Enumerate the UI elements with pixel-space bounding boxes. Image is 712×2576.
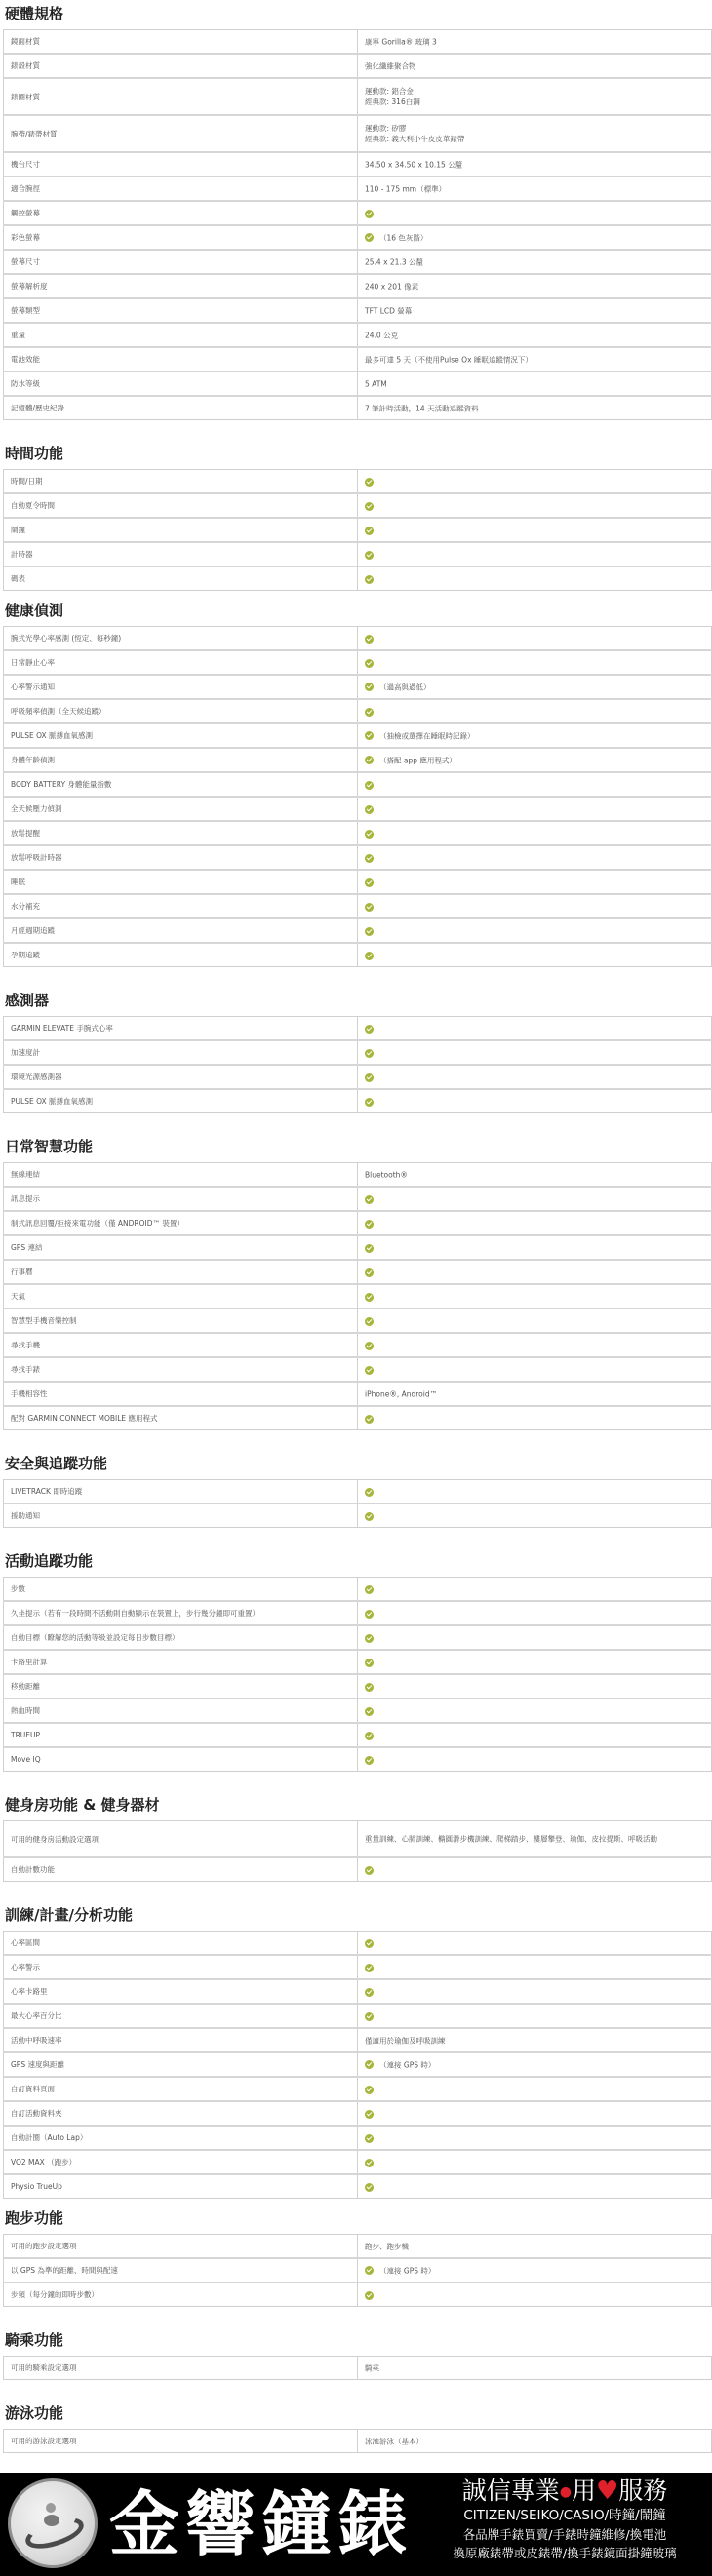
section-title: 游泳功能 [3, 2400, 710, 2429]
spec-label: 腕式光學心率感測 (恆定、每秒鐘) [4, 627, 358, 651]
table-row: 水分補充 [4, 894, 712, 918]
check-icon [365, 1732, 374, 1740]
table-row: PULSE OX 脈搏血氧感測 [4, 1089, 712, 1113]
check-icon [365, 1756, 374, 1765]
spec-value: 運動款: 矽膠經典款: 義大利小牛皮皮革錶帶 [358, 115, 712, 152]
service-line-brands: CITIZEN/SEIKO/CASIO/時鐘/鬧鐘 [423, 2507, 706, 2525]
check-icon [365, 1964, 374, 1972]
table-row: 行事曆 [4, 1260, 712, 1284]
spec-value-line: 經典款: 義大利小牛皮皮革錶帶 [365, 134, 704, 144]
spec-label: 身體年齡偵測 [4, 748, 358, 772]
table-row: Move IQ [4, 1747, 712, 1772]
heart-icon: ♥ [596, 2477, 618, 2506]
table-row: TRUEUP [4, 1723, 712, 1747]
spec-value [358, 1065, 712, 1089]
spec-label: 熱血時間 [4, 1698, 358, 1723]
spec-value: 強化纖維聚合物 [358, 54, 712, 78]
section-title: 感測器 [3, 987, 710, 1016]
spec-value: 240 x 201 像素 [358, 274, 712, 298]
spec-value-text: 強化纖維聚合物 [365, 61, 416, 70]
spec-label: GARMIN ELEVATE 手腕式心率 [4, 1017, 358, 1041]
spec-value-text: 7 筆計時活動，14 天活動追蹤資料 [365, 404, 479, 412]
table-row: BODY BATTERY 身體能量指數 [4, 772, 712, 797]
table-row: 可用的跑步設定選項跑步、跑步機 [4, 2235, 712, 2259]
spec-value [358, 1578, 712, 1602]
spec-label: 機台尺寸 [4, 152, 358, 176]
check-icon [365, 952, 374, 960]
check-icon [365, 854, 374, 863]
slogan-headline: 誠信專業●用♥服務 [423, 2477, 706, 2507]
spec-label: 鏡面材質 [4, 30, 358, 55]
spec-section: 訓練/計畫/分析功能心率區間心率警示心率卡路里最大心率百分比活動中呼吸速率僅適用… [0, 1901, 712, 2199]
spec-label: 智慧型手機音樂控制 [4, 1308, 358, 1333]
spec-value-line: 運動款: 鋁合金 [365, 86, 704, 97]
spec-label: 以 GPS 為準的距離、時間與配速 [4, 2258, 358, 2283]
spec-label: 重量 [4, 323, 358, 347]
check-icon [365, 2266, 374, 2275]
check-icon [365, 1293, 374, 1302]
table-row: 彩色螢幕（16 色灰階） [4, 225, 712, 250]
spec-value [358, 1406, 712, 1430]
spec-value [358, 2101, 712, 2126]
check-icon [365, 1025, 374, 1034]
spec-value [358, 1308, 712, 1333]
spec-value [358, 566, 712, 591]
spec-value-text: 5 ATM [365, 379, 387, 388]
check-icon [365, 1195, 374, 1204]
section-title: 時間功能 [3, 440, 710, 469]
check-icon [365, 2291, 374, 2300]
check-icon [365, 502, 374, 511]
spec-value [358, 1480, 712, 1504]
spec-section: 健身房功能 & 健身器材可用的健身房活動設定選項重量訓練、心肺訓練、橢圓滑步機訓… [0, 1791, 712, 1882]
table-row: 無線連結Bluetooth® [4, 1163, 712, 1188]
check-icon [365, 1342, 374, 1350]
spec-value [358, 2283, 712, 2307]
check-icon [365, 830, 374, 839]
spec-label: 自訂資料頁面 [4, 2077, 358, 2101]
spec-value: 騎乘 [358, 2357, 712, 2380]
spec-value: （搭配 app 應用程式） [358, 748, 712, 772]
spec-section: 活動追蹤功能步數久坐提示（若有一段時間不活動則自動顯示在裝置上，步行幾分鐘即可重… [0, 1547, 712, 1772]
spec-value-text: 240 x 201 像素 [365, 282, 418, 291]
spec-label: 鬧鐘 [4, 518, 358, 542]
check-icon [365, 1610, 374, 1619]
spec-label: 螢幕解析度 [4, 274, 358, 298]
check-icon [365, 2086, 374, 2094]
table-row: 螢幕解析度240 x 201 像素 [4, 274, 712, 298]
spec-label: 援助通知 [4, 1503, 358, 1528]
check-icon [365, 1073, 374, 1082]
spec-label: GPS 連結 [4, 1235, 358, 1260]
check-icon [365, 659, 374, 668]
spec-label: 無線連結 [4, 1163, 358, 1188]
spec-section: 安全與追蹤功能LIVETRACK 即時追蹤援助通知 [0, 1450, 712, 1528]
table-row: 自動夏令時間 [4, 493, 712, 518]
check-icon [365, 1988, 374, 1997]
spec-label: 觸控螢幕 [4, 201, 358, 225]
table-row: 錶殼材質強化纖維聚合物 [4, 54, 712, 78]
check-icon [365, 1683, 374, 1692]
table-row: 日常靜止心率 [4, 650, 712, 675]
spec-value [358, 1357, 712, 1382]
check-icon [365, 2012, 374, 2021]
table-row: 月經週期追蹤 [4, 918, 712, 943]
spec-value [358, 1932, 712, 1956]
spec-value: 僅適用於瑜伽及呼吸訓練 [358, 2028, 712, 2052]
spec-value: iPhone®, Android™ [358, 1382, 712, 1406]
table-row: 配對 GARMIN CONNECT MOBILE 應用程式 [4, 1406, 712, 1430]
check-icon [365, 708, 374, 717]
spec-value [358, 845, 712, 870]
check-icon [365, 210, 374, 218]
spec-section: 感測器GARMIN ELEVATE 手腕式心率加速度計環境光源感測器PULSE … [0, 987, 712, 1113]
section-title: 安全與追蹤功能 [3, 1450, 710, 1479]
spec-section: 游泳功能可用的游泳設定選項泳池游泳（基本） [0, 2400, 712, 2453]
table-row: 螢幕尺寸25.4 x 21.3 公釐 [4, 250, 712, 274]
table-row: 防水等級5 ATM [4, 371, 712, 396]
store-logo-icon [8, 2478, 98, 2568]
spec-value [358, 1235, 712, 1260]
spec-label: 放鬆呼吸計時器 [4, 845, 358, 870]
spec-value [358, 1333, 712, 1357]
check-icon [365, 1866, 374, 1875]
check-icon [365, 1634, 374, 1643]
store-banner: 金響鐘錶 誠信專業●用♥服務 CITIZEN/SEIKO/CASIO/時鐘/鬧鐘… [0, 2473, 712, 2576]
spec-value: （連接 GPS 時） [358, 2258, 712, 2283]
table-row: 熱血時間 [4, 1698, 712, 1723]
table-row: 尋找手機 [4, 1333, 712, 1357]
spec-label: 適合腕徑 [4, 176, 358, 201]
table-row: 可用的騎乘設定選項騎乘 [4, 2357, 712, 2380]
spec-label: 電池效能 [4, 347, 358, 371]
spec-value [358, 870, 712, 894]
check-icon [365, 805, 374, 814]
table-row: 環境光源感測器 [4, 1065, 712, 1089]
table-row: 自動計圈（Auto Lap） [4, 2126, 712, 2150]
table-row: 卡路里計算 [4, 1650, 712, 1674]
spec-value [358, 1260, 712, 1284]
table-row: 訊息提示 [4, 1187, 712, 1211]
table-row: 身體年齡偵測（搭配 app 應用程式） [4, 748, 712, 772]
check-icon [365, 1939, 374, 1948]
spec-section: 日常智慧功能無線連結Bluetooth®訊息提示制式訊息回覆/拒接來電功能（僅 … [0, 1133, 712, 1430]
spec-value-text: 重量訓練、心肺訓練、橢圓滑步機訓練、爬梯踏步、樓層攀登、瑜伽、皮拉提斯、呼吸活動 [365, 1835, 657, 1844]
check-icon [365, 575, 374, 584]
check-icon [365, 1512, 374, 1521]
section-title: 訓練/計畫/分析功能 [3, 1901, 710, 1931]
table-row: PULSE OX 脈搏血氧感測（抽檢或選擇在睡眠時記錄） [4, 723, 712, 748]
spec-value [358, 2004, 712, 2028]
spec-value: （過高與過低） [358, 675, 712, 699]
table-row: 以 GPS 為準的距離、時間與配速（連接 GPS 時） [4, 2258, 712, 2283]
spec-label: 水分補充 [4, 894, 358, 918]
spec-label: 碼表 [4, 566, 358, 591]
spec-value-text: 騎乘 [365, 2363, 379, 2372]
table-row: 機台尺寸34.50 x 34.50 x 10.15 公釐 [4, 152, 712, 176]
spec-label: 錶圈材質 [4, 78, 358, 115]
spec-value [358, 201, 712, 225]
spec-label: Move IQ [4, 1747, 358, 1772]
spec-value: 最多可達 5 天（不使用Pulse Ox 睡眠追蹤情況下） [358, 347, 712, 371]
store-slogan: 誠信專業●用♥服務 CITIZEN/SEIKO/CASIO/時鐘/鬧鐘 各品牌手… [423, 2477, 706, 2562]
check-icon [365, 2110, 374, 2119]
check-icon [365, 683, 374, 691]
red-dot-icon: ● [560, 2484, 572, 2500]
spec-value [358, 2150, 712, 2174]
spec-value: （抽檢或選擇在睡眠時記錄） [358, 723, 712, 748]
spec-value-text: （抽檢或選擇在睡眠時記錄） [379, 731, 475, 740]
spec-label: 自動計圈（Auto Lap） [4, 2126, 358, 2150]
spec-value [358, 918, 712, 943]
table-row: 碼表 [4, 566, 712, 591]
table-row: 適合腕徑110 - 175 mm（標準） [4, 176, 712, 201]
table-row: 自訂活動資料夾 [4, 2101, 712, 2126]
spec-value [358, 943, 712, 967]
table-row: 援助通知 [4, 1503, 712, 1528]
spec-label: 放鬆提醒 [4, 821, 358, 845]
spec-value: 運動款: 鋁合金經典款: 316白鋼 [358, 78, 712, 115]
table-row: 加速度計 [4, 1040, 712, 1065]
spec-value-text: 34.50 x 34.50 x 10.15 公釐 [365, 160, 462, 169]
spec-table: 可用的騎乘設定選項騎乘 [3, 2356, 712, 2380]
slogan-text-3: 服務 [618, 2477, 667, 2505]
spec-label: 自動夏令時間 [4, 493, 358, 518]
spec-value [358, 772, 712, 797]
spec-table: 可用的健身房活動設定選項重量訓練、心肺訓練、橢圓滑步機訓練、爬梯踏步、樓層攀登、… [3, 1820, 712, 1882]
check-icon [365, 1049, 374, 1058]
spec-label: VO2 MAX （跑步） [4, 2150, 358, 2174]
check-icon [365, 635, 374, 644]
spec-label: 行事曆 [4, 1260, 358, 1284]
table-row: 呼吸頻率偵測（全天候追蹤） [4, 699, 712, 723]
check-icon [365, 2159, 374, 2167]
spec-value [358, 1040, 712, 1065]
spec-value [358, 699, 712, 723]
spec-value [358, 1747, 712, 1772]
check-icon [365, 878, 374, 887]
section-title: 健康偵測 [3, 597, 710, 626]
spec-label: 腕帶/錶帶材質 [4, 115, 358, 152]
spec-label: 制式訊息回覆/拒接來電功能（僅 ANDROID™ 裝置） [4, 1211, 358, 1235]
spec-table: 心率區間心率警示心率卡路里最大心率百分比活動中呼吸速率僅適用於瑜伽及呼吸訓練GP… [3, 1931, 712, 2199]
table-row: GPS 連結 [4, 1235, 712, 1260]
spec-label: 自訂活動資料夾 [4, 2101, 358, 2126]
spec-label: 配對 GARMIN CONNECT MOBILE 應用程式 [4, 1406, 358, 1430]
table-row: 天氣 [4, 1284, 712, 1308]
spec-label: 全天候壓力偵測 [4, 797, 358, 821]
table-row: 活動中呼吸速率僅適用於瑜伽及呼吸訓練 [4, 2028, 712, 2052]
table-row: 孕期追蹤 [4, 943, 712, 967]
table-row: VO2 MAX （跑步） [4, 2150, 712, 2174]
check-icon [365, 551, 374, 560]
spec-label: 防水等級 [4, 371, 358, 396]
spec-value [358, 1857, 712, 1882]
table-row: 腕式光學心率感測 (恆定、每秒鐘) [4, 627, 712, 651]
spec-label: 心率警示 [4, 1955, 358, 1979]
spec-value-text: 僅適用於瑜伽及呼吸訓練 [365, 2036, 446, 2045]
spec-value: 康寧 Gorilla® 玻璃 3 [358, 30, 712, 55]
spec-section: 跑步功能可用的跑步設定選項跑步、跑步機以 GPS 為準的距離、時間與配速（連接 … [0, 2205, 712, 2307]
spec-value [358, 1187, 712, 1211]
spec-label: 自動計數功能 [4, 1857, 358, 1882]
section-title: 跑步功能 [3, 2205, 710, 2234]
spec-value [358, 650, 712, 675]
section-title: 健身房功能 & 健身器材 [3, 1791, 710, 1820]
spec-value: （連接 GPS 時） [358, 2052, 712, 2077]
spec-value [358, 627, 712, 651]
check-icon [365, 1659, 374, 1667]
spec-value-text: （搭配 app 應用程式） [379, 756, 456, 764]
spec-value-text: 110 - 175 mm（標準） [365, 184, 446, 193]
table-row: 觸控螢幕 [4, 201, 712, 225]
spec-value-text: 泳池游泳（基本） [365, 2437, 423, 2445]
slogan-text-2: 用 [572, 2477, 596, 2505]
spec-value: 24.0 公克 [358, 323, 712, 347]
table-row: 鬧鐘 [4, 518, 712, 542]
table-row: 可用的健身房活動設定選項重量訓練、心肺訓練、橢圓滑步機訓練、爬梯踏步、樓層攀登、… [4, 1821, 712, 1858]
table-row: 可用的游泳設定選項泳池游泳（基本） [4, 2430, 712, 2453]
spec-label: 心率警示通知 [4, 675, 358, 699]
spec-table: 腕式光學心率感測 (恆定、每秒鐘)日常靜止心率心率警示通知（過高與過低）呼吸頻率… [3, 626, 712, 967]
spec-label: GPS 速度與距離 [4, 2052, 358, 2077]
spec-label: 錶殼材質 [4, 54, 358, 78]
table-row: 手機相容性iPhone®, Android™ [4, 1382, 712, 1406]
spec-label: 天氣 [4, 1284, 358, 1308]
table-row: 全天候壓力偵測 [4, 797, 712, 821]
spec-value [358, 1698, 712, 1723]
spec-label: TRUEUP [4, 1723, 358, 1747]
table-row: 螢幕類型TFT LCD 螢幕 [4, 298, 712, 323]
spec-value-text: 跑步、跑步機 [365, 2242, 409, 2250]
spec-value [358, 518, 712, 542]
spec-label: 可用的騎乘設定選項 [4, 2357, 358, 2380]
table-row: 睡眠 [4, 870, 712, 894]
check-icon [365, 1098, 374, 1107]
spec-label: 久坐提示（若有一段時間不活動則自動顯示在裝置上，步行幾分鐘即可重置） [4, 1601, 358, 1625]
spec-label: 活動中呼吸速率 [4, 2028, 358, 2052]
spec-value-text: iPhone®, Android™ [365, 1389, 437, 1398]
table-row: 制式訊息回覆/拒接來電功能（僅 ANDROID™ 裝置） [4, 1211, 712, 1235]
store-name: 金響鐘錶 [109, 2480, 414, 2568]
spec-value: Bluetooth® [358, 1163, 712, 1188]
table-row: 步頻（每分鐘的即時步數） [4, 2283, 712, 2307]
spec-table: 無線連結Bluetooth®訊息提示制式訊息回覆/拒接來電功能（僅 ANDROI… [3, 1162, 712, 1430]
check-icon [365, 1317, 374, 1326]
spec-label: 訊息提示 [4, 1187, 358, 1211]
section-title: 日常智慧功能 [3, 1133, 710, 1162]
spec-label: 記憶體/歷史紀錄 [4, 396, 358, 420]
spec-label: 步頻（每分鐘的即時步數） [4, 2283, 358, 2307]
check-icon [365, 1707, 374, 1716]
spec-table: 時間/日期自動夏令時間鬧鐘計時器碼表 [3, 469, 712, 591]
spec-value: 110 - 175 mm（標準） [358, 176, 712, 201]
table-row: 放鬆呼吸計時器 [4, 845, 712, 870]
spec-label: 月經週期追蹤 [4, 918, 358, 943]
spec-label: 尋找手錶 [4, 1357, 358, 1382]
check-icon [365, 2183, 374, 2192]
table-row: 智慧型手機音樂控制 [4, 1308, 712, 1333]
table-row: 計時器 [4, 542, 712, 566]
section-title: 活動追蹤功能 [3, 1547, 710, 1577]
table-row: 記憶體/歷史紀錄7 筆計時活動，14 天活動追蹤資料 [4, 396, 712, 420]
spec-value [358, 1601, 712, 1625]
section-title: 硬體規格 [3, 0, 710, 29]
table-row: 鏡面材質康寧 Gorilla® 玻璃 3 [4, 30, 712, 55]
spec-value: 34.50 x 34.50 x 10.15 公釐 [358, 152, 712, 176]
spec-label: LIVETRACK 即時追蹤 [4, 1480, 358, 1504]
table-row: 腕帶/錶帶材質運動款: 矽膠經典款: 義大利小牛皮皮革錶帶 [4, 115, 712, 152]
spec-label: 尋找手機 [4, 1333, 358, 1357]
spec-value [358, 493, 712, 518]
spec-section: 騎乘功能可用的騎乘設定選項騎乘 [0, 2326, 712, 2380]
table-row: 電池效能最多可達 5 天（不使用Pulse Ox 睡眠追蹤情況下） [4, 347, 712, 371]
spec-label: 可用的游泳設定選項 [4, 2430, 358, 2453]
table-row: 心率警示 [4, 1955, 712, 1979]
spec-table: 鏡面材質康寧 Gorilla® 玻璃 3錶殼材質強化纖維聚合物錶圈材質運動款: … [3, 29, 712, 420]
spec-label: 自動目標（瞭解您的活動等級並設定每日步數目標） [4, 1625, 358, 1650]
check-icon [365, 1366, 374, 1375]
spec-value [358, 1625, 712, 1650]
table-row: 久坐提示（若有一段時間不活動則自動顯示在裝置上，步行幾分鐘即可重置） [4, 1601, 712, 1625]
spec-label: BODY BATTERY 身體能量指數 [4, 772, 358, 797]
section-title: 騎乘功能 [3, 2326, 710, 2356]
spec-label: 步數 [4, 1578, 358, 1602]
spec-value: 泳池游泳（基本） [358, 2430, 712, 2453]
table-row: 移動距離 [4, 1674, 712, 1698]
spec-value [358, 1650, 712, 1674]
spec-value-text: （16 色灰階） [379, 233, 427, 242]
spec-table: 步數久坐提示（若有一段時間不活動則自動顯示在裝置上，步行幾分鐘即可重置）自動目標… [3, 1577, 712, 1772]
spec-value [358, 1955, 712, 1979]
table-row: Physio TrueUp [4, 2174, 712, 2199]
table-row: 時間/日期 [4, 470, 712, 494]
spec-label: 彩色螢幕 [4, 225, 358, 250]
spec-value [358, 2174, 712, 2199]
spec-value [358, 1979, 712, 2004]
table-row: 心率警示通知（過高與過低） [4, 675, 712, 699]
spec-label: 可用的跑步設定選項 [4, 2235, 358, 2259]
table-row: 自訂資料頁面 [4, 2077, 712, 2101]
table-row: 錶圈材質運動款: 鋁合金經典款: 316白鋼 [4, 78, 712, 115]
spec-value-line: 運動款: 矽膠 [365, 123, 704, 134]
spec-value-text: （連接 GPS 時） [379, 2266, 435, 2275]
spec-value-text: 康寧 Gorilla® 玻璃 3 [365, 37, 437, 46]
spec-label: 心率區間 [4, 1932, 358, 1956]
spec-value: 跑步、跑步機 [358, 2235, 712, 2259]
table-row: LIVETRACK 即時追蹤 [4, 1480, 712, 1504]
check-icon [365, 233, 374, 242]
check-icon [365, 1268, 374, 1277]
spec-table: 可用的游泳設定選項泳池游泳（基本） [3, 2429, 712, 2453]
check-icon [365, 478, 374, 487]
spec-value: （16 色灰階） [358, 225, 712, 250]
spec-label: 心率卡路里 [4, 1979, 358, 2004]
table-row: GARMIN ELEVATE 手腕式心率 [4, 1017, 712, 1041]
service-line-straps: 換原廠錶帶或皮錶帶/換手錶鏡面掛鐘玻璃 [423, 2544, 706, 2562]
check-icon [365, 1488, 374, 1497]
spec-value [358, 1723, 712, 1747]
spec-value [358, 1089, 712, 1113]
spec-label: 環境光源感測器 [4, 1065, 358, 1089]
spec-value [358, 1674, 712, 1698]
spec-value: 25.4 x 21.3 公釐 [358, 250, 712, 274]
spec-value: 重量訓練、心肺訓練、橢圓滑步機訓練、爬梯踏步、樓層攀登、瑜伽、皮拉提斯、呼吸活動 [358, 1821, 712, 1858]
spec-label: 卡路里計算 [4, 1650, 358, 1674]
spec-section: 硬體規格鏡面材質康寧 Gorilla® 玻璃 3錶殼材質強化纖維聚合物錶圈材質運… [0, 0, 712, 420]
spec-value-text: （過高與過低） [379, 683, 431, 691]
table-row: 心率區間 [4, 1932, 712, 1956]
